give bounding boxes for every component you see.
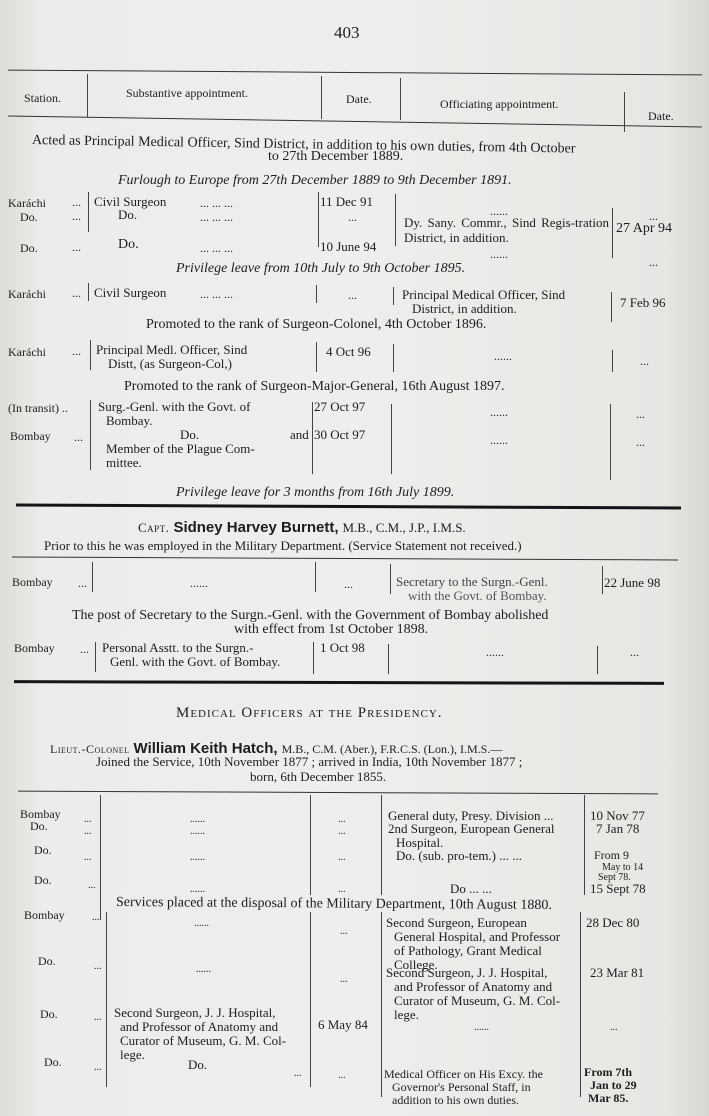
substantive: Distt, (as Surgeon-Col,) — [108, 357, 232, 371]
officiating-line: lege. — [386, 1008, 578, 1022]
officiating-date: ... — [630, 646, 639, 659]
furlough-note: Furlough to Europe from 27th December 18… — [118, 174, 512, 188]
col-divider — [316, 342, 317, 372]
header-bottom-rule — [8, 116, 702, 128]
section-heading: Medical Officers at the Presidency. — [176, 706, 443, 720]
col-divider — [611, 292, 612, 322]
officiating: Do ... ... — [450, 882, 492, 896]
col-divider — [88, 283, 89, 301]
leader-dots: ... — [78, 577, 87, 590]
station: Bombay — [10, 430, 51, 443]
officiating: ...... — [490, 248, 508, 261]
officiating: ...... — [494, 350, 512, 363]
col-divider — [393, 287, 394, 305]
officiating-line: and Professor of Anatomy and — [386, 980, 578, 994]
officiating-date-line: Mar 85. — [584, 1092, 644, 1105]
station: Karáchi — [8, 346, 46, 359]
substantive: Do. — [118, 238, 139, 252]
col-divider — [612, 208, 613, 258]
officiating-line: of Pathology, Grant Medical — [386, 944, 578, 958]
abolished-note: with effect from 1st October 1898. — [234, 623, 428, 637]
substantive: Surg.-Genl. with the Govt. of — [98, 400, 251, 414]
header-substantive: Substantive appointment. — [126, 87, 248, 100]
header-date-2: Date. — [648, 110, 674, 123]
col-divider — [106, 912, 107, 1087]
date: 6 May 84 — [318, 1018, 368, 1032]
officiating-line: General Hospital, and Professor — [386, 930, 578, 944]
officiating: District, in addition. — [412, 302, 517, 316]
col-divider — [580, 912, 581, 1097]
substantive: Genl. with the Govt. of Bombay. — [110, 655, 280, 669]
document-page: 403 Station. Substantive appointment. Da… — [0, 0, 709, 1116]
col-divider — [602, 566, 603, 594]
substantive: Personal Asstt. to the Surgn.- — [102, 641, 253, 655]
station: Do. — [20, 242, 38, 255]
col-divider — [612, 350, 613, 372]
substantive: mittee. — [106, 456, 142, 470]
substantive-line: Second Surgeon, J. J. Hospital, — [114, 1006, 310, 1020]
date: ... — [344, 578, 353, 591]
header-date: Date. — [346, 93, 372, 106]
col-divider — [313, 642, 314, 674]
officiating: Medical Officer on His Excy. the Governo… — [384, 1068, 580, 1107]
substantive-line: and Professor of Anatomy and — [114, 1020, 310, 1034]
col-divider — [584, 795, 585, 895]
officiating: ...... — [486, 646, 504, 659]
col-divider — [597, 646, 598, 674]
officiating-date: ... — [610, 1022, 618, 1033]
date: ... — [338, 1070, 346, 1081]
header-divider — [87, 74, 88, 117]
officiating-date: From 7th Jan to 29 Mar 85. — [584, 1066, 644, 1105]
substantive: ...... — [190, 577, 208, 590]
substantive: ...... — [194, 918, 209, 929]
officiating: Principal Medical Officer, Sind — [402, 288, 565, 302]
station: (In transit) .. — [8, 402, 68, 415]
leader-dots: ... — [94, 1062, 102, 1073]
officiating: Do. (sub. pro-tem.) ... ... — [396, 849, 522, 863]
leader-dots: ... — [72, 241, 81, 254]
header-top-rule — [8, 70, 702, 76]
date: ... — [338, 814, 346, 825]
date: ... — [348, 211, 357, 224]
substantive-line: Curator of Museum, G. M. Col- — [114, 1034, 310, 1048]
col-divider — [610, 404, 611, 480]
date: 4 Oct 96 — [326, 345, 371, 359]
section-rule — [16, 504, 681, 510]
station: Bombay — [12, 576, 53, 589]
leader-dots: ... — [74, 431, 83, 444]
date: ... — [340, 926, 348, 937]
station: Do. — [40, 1008, 58, 1021]
leader-dots: ... ... ... — [200, 242, 233, 255]
station: Do. — [30, 820, 48, 833]
officiating: Secretary to the Surgn.-Genl. — [396, 575, 548, 589]
station: Bombay — [14, 642, 55, 655]
date: ... — [338, 852, 346, 863]
col-divider — [390, 564, 391, 594]
date: ... — [338, 884, 346, 895]
officiating: Dy. Sany. Commr., Sind Regis-tration Dis… — [404, 215, 609, 245]
header-divider — [624, 92, 625, 132]
leader-dots: ... — [294, 1068, 302, 1079]
leader-dots: ... — [84, 852, 92, 863]
officiating-date: 7 Jan 78 — [596, 822, 639, 836]
officiating-date: 28 Dec 80 — [586, 916, 639, 930]
service-dates: Joined the Service, 10th November 1877 ;… — [96, 755, 522, 769]
substantive: and — [290, 428, 309, 442]
col-divider — [393, 344, 394, 372]
note-acted: to 27th December 1889. — [268, 150, 403, 164]
col-divider — [100, 795, 101, 920]
col-divider — [391, 404, 392, 474]
leader-dots: ... — [88, 880, 96, 891]
col-divider — [316, 285, 317, 303]
substantive: Principal Medl. Officer, Sind — [96, 343, 247, 357]
substantive: ...... — [196, 964, 211, 975]
officer-name: Sidney Harvey Burnett, — [173, 519, 338, 536]
officiating-date: 7 Feb 96 — [620, 296, 666, 310]
officiating-date: ... — [636, 436, 645, 449]
station: Karáchi — [8, 197, 46, 210]
col-divider — [381, 912, 382, 1097]
officiating-line: Second Surgeon, J. J. Hospital, — [386, 966, 578, 980]
substantive: Do. — [188, 1058, 207, 1072]
officiating: Second Surgeon, J. J. Hospital, and Prof… — [386, 966, 578, 1022]
table-rule — [18, 791, 658, 795]
col-divider — [318, 192, 319, 247]
date: 1 Oct 98 — [320, 641, 365, 655]
substantive: Second Surgeon, J. J. Hospital, and Prof… — [114, 1006, 310, 1062]
col-divider — [315, 562, 316, 592]
col-divider — [95, 642, 96, 672]
header-divider — [321, 76, 322, 119]
officiating: ...... — [490, 406, 508, 419]
col-divider — [90, 340, 91, 370]
leader-dots: ... — [84, 814, 92, 825]
leader-dots: ... — [72, 345, 81, 358]
col-divider — [388, 644, 389, 674]
leader-dots: ... — [72, 287, 81, 300]
header-divider — [400, 78, 401, 120]
date: 10 June 94 — [320, 240, 376, 254]
header-officiating: Officiating appointment. — [440, 98, 558, 111]
leader-dots: ... — [80, 643, 89, 656]
promotion-note: Promoted to the rank of Surgeon-Major-Ge… — [124, 380, 505, 394]
officiating-date: 27 Apr 94 — [616, 222, 672, 236]
leader-dots: ... ... ... — [200, 288, 233, 301]
officiating-line: Curator of Museum, G. M. Col- — [386, 994, 578, 1008]
privilege-leave-note: Privilege leave for 3 months from 16th J… — [176, 486, 454, 500]
officiating-date: ... — [636, 408, 645, 421]
officiating-date: From 9 — [594, 849, 629, 862]
leader-dots: ... — [94, 1012, 102, 1023]
substantive: ...... — [190, 826, 205, 837]
date: 30 Oct 97 — [314, 428, 365, 442]
abolished-note: The post of Secretary to the Surgn.-Genl… — [72, 609, 548, 623]
station: Do. — [38, 955, 56, 968]
page-number: 403 — [334, 26, 360, 40]
col-divider — [312, 402, 313, 474]
substantive: Do. — [180, 428, 199, 442]
col-divider — [88, 192, 89, 232]
station: Do. — [20, 211, 38, 224]
station: Do. — [34, 844, 52, 857]
officer-rank: Capt. — [138, 520, 169, 535]
col-divider — [395, 194, 396, 246]
date: ... — [338, 826, 346, 837]
substantive: Member of the Plague Com- — [106, 442, 255, 456]
date: 27 Oct 97 — [314, 400, 365, 414]
substantive: ...... — [190, 884, 205, 895]
col-divider — [310, 912, 311, 1087]
leader-dots: ... ... ... — [200, 197, 233, 210]
substantive: Do. — [118, 208, 137, 222]
officiating: ...... — [490, 434, 508, 447]
officiating: ...... — [474, 1022, 489, 1033]
leader-dots: ... — [92, 912, 100, 923]
leader-dots: ... — [94, 961, 102, 972]
substantive: Bombay. — [106, 414, 152, 428]
officiating-date: 23 Mar 81 — [590, 966, 644, 980]
officiating-date: 15 Sept 78 — [590, 882, 646, 896]
col-divider — [90, 400, 91, 470]
leader-dots: ... — [72, 196, 81, 209]
officer-heading: Capt. Sidney Harvey Burnett, M.B., C.M.,… — [138, 519, 466, 537]
officer-degrees: M.B., C.M., J.P., I.M.S. — [343, 520, 466, 535]
officiating: 2nd Surgeon, European General — [388, 822, 555, 836]
col-divider — [381, 795, 382, 895]
officiating-date: ... — [649, 256, 658, 269]
officiating: with the Govt. of Bombay. — [408, 589, 547, 603]
leader-dots: ... — [84, 826, 92, 837]
officiating-date: ... — [640, 355, 649, 368]
privilege-leave-note: Privilege leave from 10th July to 9th Oc… — [176, 262, 465, 276]
date: ... — [348, 289, 357, 302]
substantive-line: lege. — [114, 1048, 310, 1062]
substantive: Civil Surgeon — [94, 286, 166, 300]
table-rule — [12, 557, 678, 561]
service-note: Prior to this he was employed in the Mil… — [44, 539, 522, 553]
officiating: Second Surgeon, European General Hospita… — [386, 916, 578, 972]
station: Do. — [44, 1056, 62, 1069]
station: Bombay — [24, 909, 65, 922]
promotion-note: Promoted to the rank of Surgeon-Colonel,… — [146, 318, 486, 332]
leader-dots: ... ... ... — [200, 211, 233, 224]
service-dates: born, 6th December 1855. — [250, 770, 386, 784]
officiating-date: 22 June 98 — [604, 576, 660, 590]
section-rule — [14, 680, 664, 685]
date: 11 Dec 91 — [320, 195, 373, 209]
header-station: Station. — [24, 92, 61, 105]
officiating-line: Second Surgeon, European — [386, 916, 578, 930]
col-divider — [92, 562, 93, 592]
date: ... — [340, 974, 348, 985]
substantive: ...... — [190, 852, 205, 863]
leader-dots: ... — [72, 210, 81, 223]
services-note: Services placed at the disposal of the M… — [116, 896, 552, 913]
col-divider — [310, 795, 311, 895]
station: Do. — [34, 874, 52, 887]
station: Karáchi — [8, 288, 46, 301]
substantive: ...... — [190, 814, 205, 825]
officiating-line: addition to his own duties. — [384, 1094, 580, 1107]
